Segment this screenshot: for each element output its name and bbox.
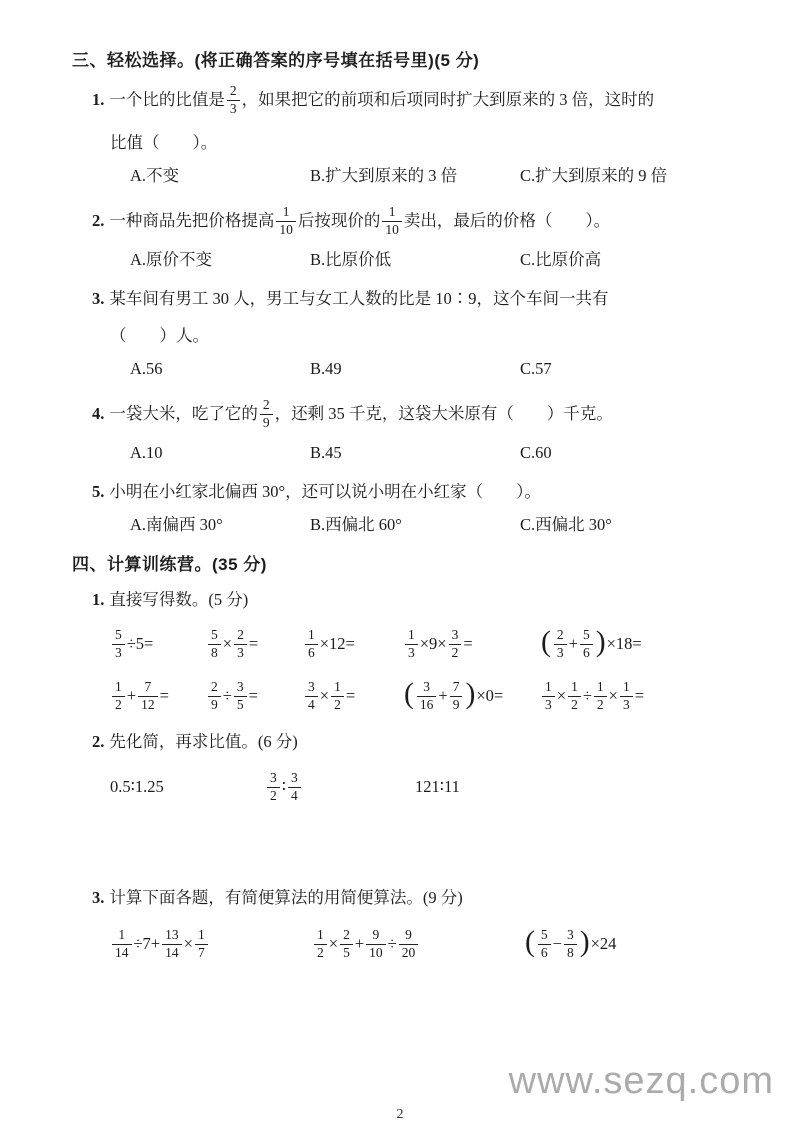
question-5-options: A.南偏西 30° B.西偏北 60° C.西偏北 30° — [130, 512, 742, 538]
question-1-line2: 比值（ ）。 — [110, 129, 742, 157]
sub1-number: 1. — [92, 590, 104, 609]
question-1: 1.一个比的比值是23，如果把它的前项和后项同时扩大到原来的 3 倍，这时的 比… — [92, 80, 742, 189]
section4-sub1-label: 1.直接写得数。(5 分) — [92, 587, 742, 613]
expression-item: 12×25+910÷920 — [312, 921, 524, 967]
option-a: A.南偏西 30° — [130, 512, 310, 538]
work-space — [72, 807, 742, 873]
question-2: 2.一种商品先把价格提高110后按现价的110卖出，最后的价格（ ）。 A.原价… — [92, 201, 742, 273]
question-1-number: 1. — [92, 90, 104, 109]
option-a: A.原价不变 — [130, 247, 310, 273]
question-3-text: 某车间有男工 30 人，男工与女工人数的比是 10∶9，这个车间一共有 — [109, 289, 608, 308]
question-1-options: A.不变 B.扩大到原来的 3 倍 C.扩大到原来的 9 倍 — [130, 163, 742, 189]
option-a: A.不变 — [130, 163, 310, 189]
sub2-text: 先化简，再求比值。(6 分) — [109, 732, 297, 751]
question-1-line1: 1.一个比的比值是23，如果把它的前项和后项同时扩大到原来的 3 倍，这时的 — [92, 80, 742, 120]
option-b: B.45 — [310, 440, 520, 466]
calc-expression: 29÷35= — [206, 675, 303, 717]
section4-heading: 四、计算训练营。(35 分) — [72, 550, 742, 575]
question-5-line1: 5.小明在小红家北偏西 30°，还可以说小明在小红家（ ）。 — [92, 478, 742, 506]
calc-expression: 13×9×32= — [403, 623, 540, 665]
calc-row-1: 53÷5= 58×23= 16×12= 13×9×32= (23+56)×18= — [110, 623, 742, 665]
question-2-number: 2. — [92, 211, 104, 230]
question-4-line1: 4.一袋大米，吃了它的29，还剩 35 千克，这袋大米原有（ ）千克。 — [92, 394, 742, 434]
sub1-text: 直接写得数。(5 分) — [109, 590, 248, 609]
worksheet-page: 三、轻松选择。(将正确答案的序号填在括号里)(5 分) 1.一个比的比值是23，… — [0, 0, 800, 1131]
option-b: B.西偏北 60° — [310, 512, 520, 538]
calc-row-2: 12+712= 29÷35= 34×12= (316+79)×0= 13×12÷… — [110, 675, 742, 717]
calc-expression: 13×12÷12×13= — [540, 675, 644, 717]
calc-expression: 53÷5= — [110, 623, 206, 665]
ratio-items-row: 0.5∶1.25 32∶34 121∶11 — [110, 767, 742, 807]
calc-expression: 58×23= — [206, 623, 303, 665]
question-2-options: A.原价不变 B.比原价低 C.比原价高 — [130, 247, 742, 273]
option-b: B.扩大到原来的 3 倍 — [310, 163, 520, 189]
option-c: C.西偏北 30° — [520, 512, 742, 538]
sub2-number: 2. — [92, 732, 104, 751]
page-number: 2 — [0, 1107, 800, 1123]
option-a: A.56 — [130, 356, 310, 382]
question-3: 3.某车间有男工 30 人，男工与女工人数的比是 10∶9，这个车间一共有 （ … — [92, 285, 742, 382]
calc-expression: (23+56)×18= — [540, 623, 642, 665]
question-5-text: 小明在小红家北偏西 30°，还可以说小明在小红家（ ）。 — [109, 482, 540, 501]
option-a: A.10 — [130, 440, 310, 466]
option-c: C.扩大到原来的 9 倍 — [520, 163, 742, 189]
option-b: B.比原价低 — [310, 247, 520, 273]
section3-heading: 三、轻松选择。(将正确答案的序号填在括号里)(5 分) — [72, 46, 742, 71]
question-1-text: 一个比的比值是23，如果把它的前项和后项同时扩大到原来的 3 倍，这时的 — [109, 90, 654, 109]
calc-expression: 34×12= — [303, 675, 403, 717]
expression-item: 114÷7+1314×17 — [110, 921, 312, 967]
question-5: 5.小明在小红家北偏西 30°，还可以说小明在小红家（ ）。 A.南偏西 30°… — [92, 478, 742, 538]
calc-expression: (316+79)×0= — [403, 675, 540, 717]
section4-sub2-label: 2.先化简，再求比值。(6 分) — [92, 729, 742, 755]
sub3-text: 计算下面各题，有简便算法的用简便算法。(9 分) — [109, 888, 462, 907]
sub3-number: 3. — [92, 888, 104, 907]
question-4-number: 4. — [92, 404, 104, 423]
calc-expression: 12+712= — [110, 675, 206, 717]
question-4-options: A.10 B.45 C.60 — [130, 440, 742, 466]
expression-items-row: 114÷7+1314×17 12×25+910÷920 (56−38)×24 — [110, 921, 742, 967]
expression-item: (56−38)×24 — [524, 921, 616, 967]
option-c: C.60 — [520, 440, 742, 466]
site-watermark: www.sezq.com — [509, 1060, 774, 1103]
question-4: 4.一袋大米，吃了它的29，还剩 35 千克，这袋大米原有（ ）千克。 A.10… — [92, 394, 742, 466]
question-4-text: 一袋大米，吃了它的29，还剩 35 千克，这袋大米原有（ ）千克。 — [109, 404, 613, 423]
question-3-number: 3. — [92, 289, 104, 308]
option-c: C.57 — [520, 356, 742, 382]
question-3-options: A.56 B.49 C.57 — [130, 356, 742, 382]
ratio-item: 121∶11 — [415, 767, 460, 807]
question-2-text: 一种商品先把价格提高110后按现价的110卖出，最后的价格（ ）。 — [109, 211, 610, 230]
question-3-line2: （ ）人。 — [110, 322, 742, 350]
ratio-item: 0.5∶1.25 — [110, 767, 265, 807]
calc-expression: 16×12= — [303, 623, 403, 665]
section4-sub3-label: 3.计算下面各题，有简便算法的用简便算法。(9 分) — [92, 885, 742, 911]
question-5-number: 5. — [92, 482, 104, 501]
question-2-line1: 2.一种商品先把价格提高110后按现价的110卖出，最后的价格（ ）。 — [92, 201, 742, 241]
option-b: B.49 — [310, 356, 520, 382]
question-3-line1: 3.某车间有男工 30 人，男工与女工人数的比是 10∶9，这个车间一共有 — [92, 285, 742, 313]
option-c: C.比原价高 — [520, 247, 742, 273]
ratio-item: 32∶34 — [265, 767, 415, 807]
